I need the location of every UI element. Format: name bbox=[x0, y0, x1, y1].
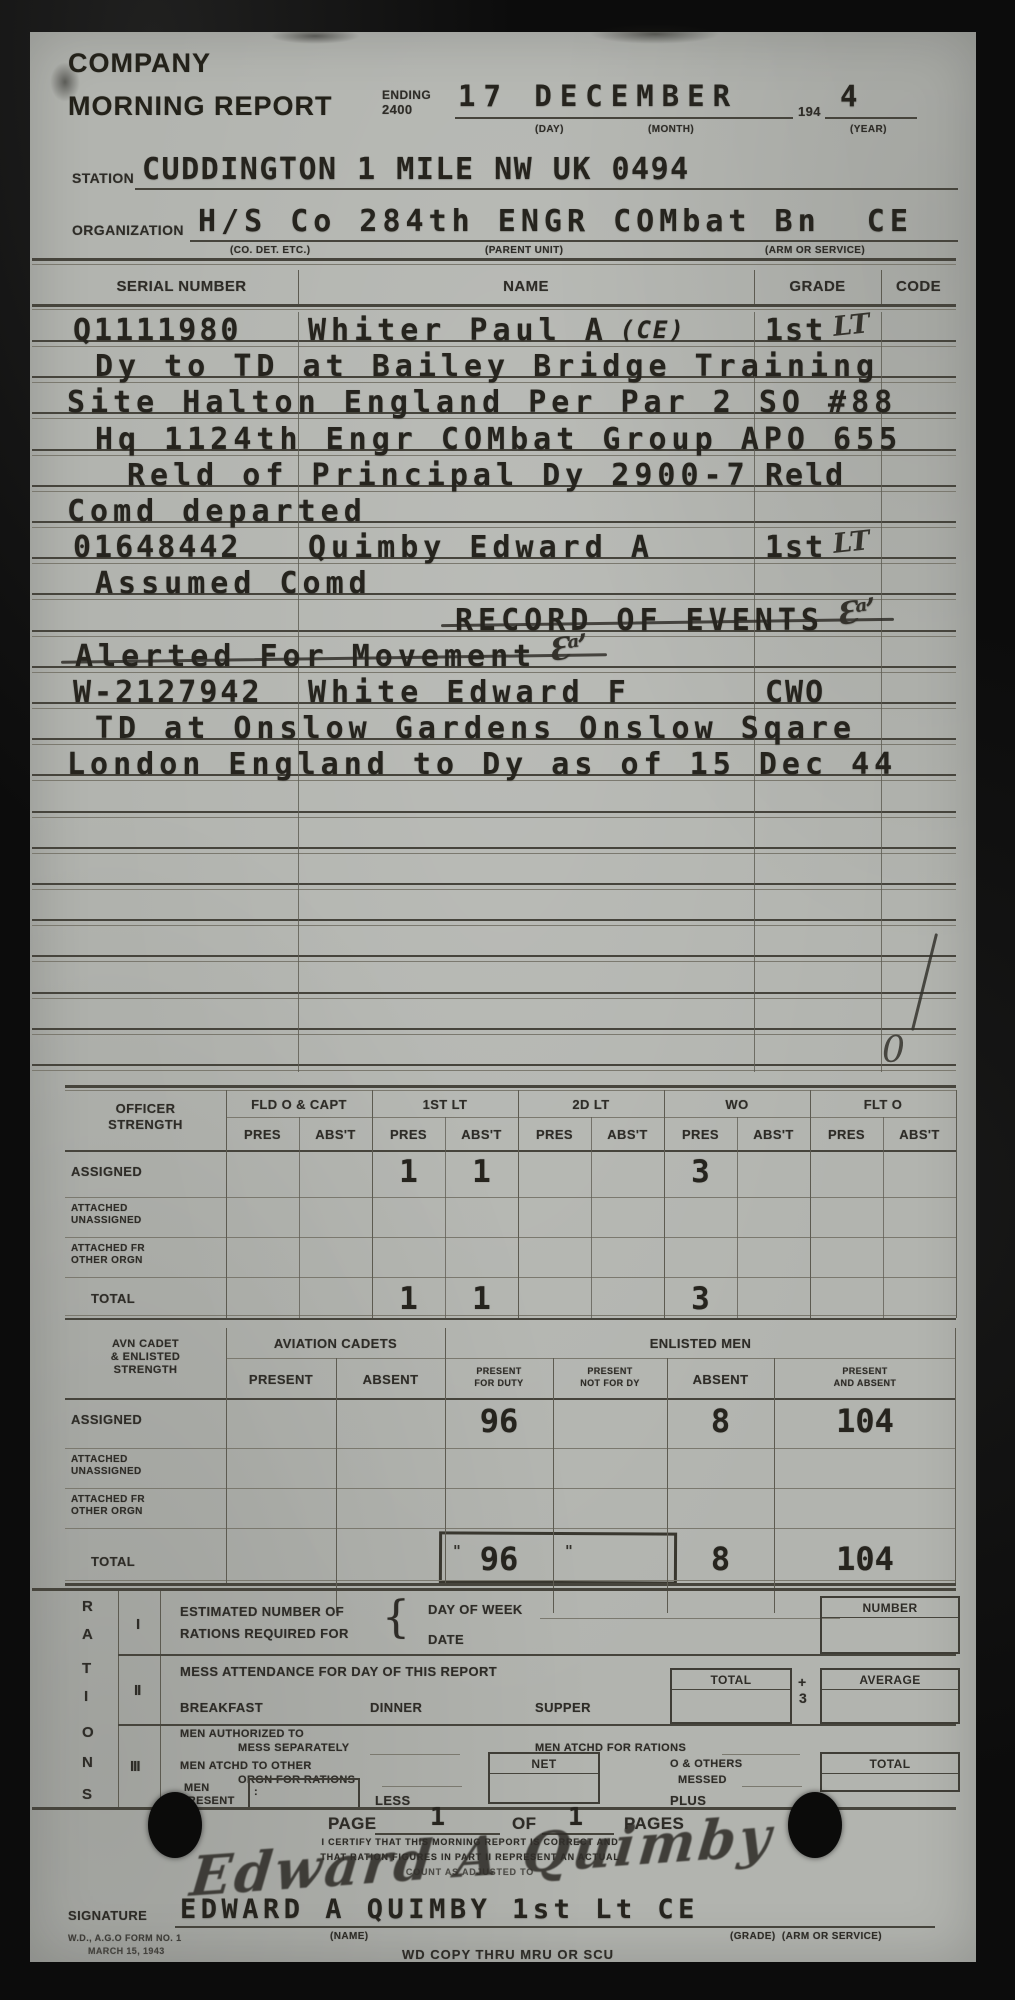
mess-total-label: TOTAL bbox=[672, 1670, 790, 1690]
roster-row bbox=[65, 964, 956, 1000]
station-underline bbox=[135, 188, 958, 190]
org-sublabel-arm: (ARM OR SERVICE) bbox=[765, 245, 865, 256]
sub-divider bbox=[883, 1117, 884, 1318]
messed-line bbox=[742, 1786, 802, 1787]
column-divider bbox=[754, 855, 755, 891]
column-divider bbox=[754, 927, 755, 963]
row-rule-thin bbox=[32, 817, 956, 818]
row-divider bbox=[65, 1237, 956, 1238]
officer-count: 1 bbox=[372, 1154, 445, 1190]
roster-row: RECORD OF EVENTSƐᵃ’ bbox=[65, 602, 956, 638]
roster-entry-text: Assumed Comd bbox=[95, 566, 372, 601]
messed-label: MESSED bbox=[678, 1774, 727, 1786]
header-bottom-rule bbox=[65, 1150, 956, 1152]
section-rule bbox=[32, 258, 956, 261]
column-divider bbox=[881, 529, 882, 565]
table-bottom-thin bbox=[65, 1315, 956, 1316]
column-divider bbox=[445, 1328, 446, 1583]
roster-grade: Reld bbox=[765, 458, 845, 493]
col-code: CODE bbox=[881, 278, 956, 295]
aviation-cadets-header: AVIATION CADETS bbox=[226, 1336, 445, 1351]
roster-name: White Edward F bbox=[308, 675, 631, 710]
rations-part2-numeral: II bbox=[134, 1682, 140, 1699]
row-rule bbox=[32, 955, 956, 957]
row-divider bbox=[65, 1197, 956, 1198]
column-divider bbox=[298, 927, 299, 963]
row-rule bbox=[32, 1064, 956, 1066]
group-divider bbox=[226, 1090, 227, 1318]
row-rule bbox=[32, 847, 956, 849]
net-box: NET bbox=[488, 1752, 600, 1804]
hand-initials: Ɛᵃ’ bbox=[546, 628, 590, 669]
row-rule-thin bbox=[32, 853, 956, 854]
strikethrough-mark bbox=[441, 618, 894, 627]
pres-abst-header: PRES bbox=[518, 1127, 591, 1142]
table-bottom-rule bbox=[65, 1318, 956, 1320]
row-rule-thin bbox=[32, 925, 956, 926]
pres-abst-header: ABS'T bbox=[883, 1127, 956, 1142]
column-divider bbox=[881, 493, 882, 529]
dinner-label: DINNER bbox=[370, 1700, 422, 1715]
roster-row bbox=[65, 819, 956, 855]
roster-row: Alerted For MovementƐᵃ’ bbox=[65, 638, 956, 674]
form-title-line1: COMPANY bbox=[68, 48, 211, 79]
header-bottom-rule bbox=[65, 1398, 956, 1400]
men-present-box: : bbox=[248, 1778, 360, 1810]
roster-grade: CWO bbox=[765, 675, 825, 710]
enlisted-strength-title: STRENGTH bbox=[65, 1364, 226, 1376]
divide-plus-sign: + bbox=[798, 1674, 807, 1690]
date-underline bbox=[455, 117, 793, 119]
year-underline bbox=[825, 117, 917, 119]
men-authorized-label: MEN AUTHORIZED TO bbox=[180, 1728, 304, 1740]
rations-letter-divider bbox=[118, 1591, 119, 1808]
roster-row: Q1111980Whiter Paul A(CE)1stLT bbox=[65, 312, 956, 348]
strength-row-label: ATTACHED FR bbox=[71, 1494, 145, 1505]
number-box: NUMBER bbox=[820, 1596, 960, 1654]
column-divider bbox=[754, 1000, 755, 1036]
sub-divider bbox=[591, 1117, 592, 1318]
stray-pen-zero: 0 bbox=[882, 1030, 905, 1071]
roster-serial: W-2127942 bbox=[73, 675, 263, 710]
enlisted-col-header: PRESENT bbox=[445, 1366, 553, 1376]
roster-entry-text: RECORD OF EVENTSƐᵃ’ bbox=[455, 603, 876, 638]
breakfast-label: BREAKFAST bbox=[180, 1700, 263, 1715]
column-divider bbox=[226, 1328, 227, 1583]
col-name: NAME bbox=[298, 278, 754, 295]
men-atchd-rations-line bbox=[722, 1754, 800, 1755]
column-divider bbox=[881, 964, 882, 1000]
roster-row bbox=[65, 855, 956, 891]
column-divider bbox=[881, 638, 882, 674]
officer-strength-title: STRENGTH bbox=[65, 1117, 226, 1132]
column-divider bbox=[298, 855, 299, 891]
column-divider bbox=[298, 602, 299, 638]
officer-group-header: 1ST LT bbox=[372, 1097, 518, 1112]
row-rule bbox=[32, 811, 956, 813]
rations-part-divider bbox=[118, 1724, 956, 1726]
rations-part3-numeral: III bbox=[130, 1758, 140, 1775]
ditto-mark: " bbox=[565, 1542, 573, 1560]
roster-name: Quimby Edward A bbox=[308, 530, 654, 565]
enlisted-col-header: ABSENT bbox=[336, 1372, 445, 1387]
enlisted-col-header: ABSENT bbox=[667, 1372, 774, 1387]
day-of-week-line bbox=[540, 1618, 840, 1619]
mess-separately-label: MESS SEPARATELY bbox=[238, 1742, 350, 1754]
pres-abst-header: ABS'T bbox=[591, 1127, 664, 1142]
strength-row-label: ASSIGNED bbox=[71, 1164, 142, 1179]
enlisted-strength-table: AVN CADET& ENLISTEDSTRENGTHAVIATION CADE… bbox=[65, 1328, 956, 1585]
roster-row: TD at Onslow Gardens Onslow Sqare bbox=[65, 710, 956, 746]
roster-row: London England to Dy as of 15 Dec 44 bbox=[65, 746, 956, 782]
strength-row-label: ATTACHED FR bbox=[71, 1243, 145, 1254]
enlisted-men-header: ENLISTED MEN bbox=[445, 1336, 956, 1351]
roster-entry-text: Dy to TD at Bailey Bridge Training bbox=[95, 349, 879, 384]
column-divider bbox=[754, 529, 755, 565]
rations-letter: T bbox=[82, 1660, 92, 1677]
row-rule bbox=[32, 992, 956, 994]
signature-typed-name: EDWARD A QUIMBY 1st Lt CE bbox=[180, 1894, 699, 1925]
officer-group-header: WO bbox=[664, 1097, 810, 1112]
roster-header: SERIAL NUMBER NAME GRADE CODE bbox=[65, 270, 956, 304]
roster-body: Q1111980Whiter Paul A(CE)1stLTDy to TD a… bbox=[65, 312, 956, 1074]
roster-row bbox=[65, 1000, 956, 1036]
row-rule-thin bbox=[32, 1070, 956, 1071]
column-divider bbox=[754, 819, 755, 855]
roster-row: Dy to TD at Bailey Bridge Training bbox=[65, 348, 956, 384]
strength-row-label: TOTAL bbox=[91, 1291, 135, 1306]
roster-grade-hand: LT bbox=[831, 525, 871, 560]
rations-numeral-divider bbox=[160, 1591, 161, 1808]
row-rule-thin bbox=[32, 889, 956, 890]
enlisted-count: 104 bbox=[774, 1402, 956, 1440]
column-divider bbox=[298, 891, 299, 927]
year-prefix: 194 bbox=[798, 104, 821, 119]
enlisted-count: 96 bbox=[445, 1402, 553, 1440]
officer-count: 3 bbox=[664, 1154, 737, 1190]
roster-serial: 01648442 bbox=[73, 530, 242, 565]
pres-abst-header: ABS'T bbox=[737, 1127, 810, 1142]
month-sublabel: (MONTH) bbox=[648, 124, 694, 135]
row-rule bbox=[32, 883, 956, 885]
organization-value: H/S Co 284th ENGR COMbat Bn CE bbox=[198, 204, 913, 239]
rations-letter: N bbox=[82, 1754, 93, 1771]
roster-row: Reld of Principal Dy 2900-7Reld bbox=[65, 457, 956, 493]
column-divider bbox=[881, 565, 882, 601]
column-divider bbox=[881, 927, 882, 963]
column-divider bbox=[298, 819, 299, 855]
column-divider bbox=[754, 638, 755, 674]
hand-drawn-box bbox=[439, 1531, 677, 1584]
roster-entry-text: Comd departed bbox=[67, 494, 367, 529]
pres-abst-header: PRES bbox=[226, 1127, 299, 1142]
ending-time: 2400 bbox=[382, 102, 413, 117]
enlisted-count: 8 bbox=[667, 1402, 774, 1440]
organization-underline bbox=[190, 240, 958, 242]
enlisted-col-header: FOR DUTY bbox=[445, 1378, 553, 1388]
morning-report-form: COMPANY MORNING REPORT ENDING 2400 17 DE… bbox=[30, 32, 976, 1962]
roster-row: W-2127942White Edward FCWO bbox=[65, 674, 956, 710]
sub-divider bbox=[445, 1117, 446, 1318]
roster-entry-text: TD at Onslow Gardens Onslow Sqare bbox=[95, 711, 856, 746]
average-box-label: AVERAGE bbox=[822, 1670, 958, 1690]
form-id: W.D., A.G.O FORM NO. 1 bbox=[68, 1933, 181, 1943]
roster-row: Site Halton England Per Par 2 SO #88 bbox=[65, 384, 956, 420]
row-divider bbox=[65, 1448, 956, 1449]
enlisted-col-header: AND ABSENT bbox=[774, 1378, 956, 1388]
group-divider bbox=[518, 1090, 519, 1318]
column-divider bbox=[955, 1328, 956, 1583]
ditto-mark: " bbox=[453, 1542, 461, 1560]
roster-entry-text: London England to Dy as of 15 Dec 44 bbox=[67, 747, 897, 782]
colon-mark: : bbox=[254, 1786, 258, 1798]
pres-abst-header: PRES bbox=[810, 1127, 883, 1142]
pres-abst-header: PRES bbox=[372, 1127, 445, 1142]
roster-entry-text: Alerted For MovementƐᵃ’ bbox=[75, 639, 589, 674]
hand-initials: Ɛᵃ’ bbox=[834, 592, 878, 633]
row-rule-thin bbox=[32, 1034, 956, 1035]
row-rule-thin bbox=[32, 998, 956, 999]
group-divider bbox=[664, 1090, 665, 1318]
column-divider bbox=[754, 674, 755, 710]
column-divider bbox=[298, 674, 299, 710]
column-divider bbox=[774, 1358, 775, 1613]
officer-count: 1 bbox=[445, 1154, 518, 1190]
column-divider bbox=[754, 964, 755, 1000]
roster-row: Comd departed bbox=[65, 493, 956, 529]
enlisted-count: 104 bbox=[774, 1540, 956, 1578]
officer-count: 1 bbox=[372, 1281, 445, 1317]
officer-strength-table: OFFICERSTRENGTHFLD O & CAPT1ST LT2D LTWO… bbox=[65, 1085, 956, 1320]
day-sublabel: (DAY) bbox=[535, 124, 564, 135]
strength-row-label: ATTACHED bbox=[71, 1454, 128, 1465]
roster-row bbox=[65, 1036, 956, 1072]
brace-glyph: { bbox=[382, 1592, 410, 1643]
row-divider bbox=[65, 1528, 956, 1529]
enlisted-col-header: NOT FOR DY bbox=[553, 1378, 667, 1388]
roster-grade-hand: LT bbox=[831, 308, 871, 343]
strength-row-label: ATTACHED bbox=[71, 1203, 128, 1214]
scan-smudge bbox=[590, 24, 720, 44]
report-date-value: 17 DECEMBER bbox=[458, 79, 738, 113]
column-divider bbox=[298, 529, 299, 565]
enlisted-col-header: PRESENT bbox=[774, 1366, 956, 1376]
rations-total-box: TOTAL bbox=[820, 1752, 960, 1792]
column-divider bbox=[754, 312, 755, 348]
column-divider bbox=[754, 493, 755, 529]
mess-total-box: TOTAL bbox=[670, 1668, 792, 1724]
column-divider bbox=[881, 270, 882, 304]
supper-label: SUPPER bbox=[535, 1700, 591, 1715]
column-divider bbox=[553, 1358, 554, 1613]
officer-count: 1 bbox=[445, 1281, 518, 1317]
column-divider bbox=[881, 710, 882, 746]
punch-hole-right bbox=[788, 1792, 842, 1858]
divide-by-three: 3 bbox=[799, 1690, 807, 1706]
rations-letter: A bbox=[82, 1626, 93, 1643]
handwritten-signature: Edward A Quimby bbox=[187, 1803, 777, 1908]
row-divider bbox=[65, 1277, 956, 1278]
rations-part1-numeral: I bbox=[136, 1616, 141, 1633]
station-value: CUDDINGTON 1 MILE NW UK 0494 bbox=[142, 152, 690, 187]
rations-letter: R bbox=[82, 1598, 93, 1615]
rations-letter: S bbox=[82, 1786, 92, 1803]
group-divider bbox=[956, 1090, 957, 1318]
enlisted-col-header: PRESENT bbox=[553, 1366, 667, 1376]
less-label: LESS bbox=[375, 1793, 411, 1808]
roster-name-note: (CE) bbox=[620, 316, 686, 344]
rations-estimated-label1: ESTIMATED NUMBER OF bbox=[180, 1604, 344, 1619]
mess-attendance-label: MESS ATTENDANCE FOR DAY OF THIS REPORT bbox=[180, 1664, 497, 1679]
table-bottom-rule bbox=[65, 1583, 956, 1586]
column-divider bbox=[298, 1000, 299, 1036]
column-divider bbox=[754, 270, 755, 304]
average-box: AVERAGE bbox=[820, 1668, 960, 1724]
column-divider bbox=[336, 1358, 337, 1613]
officer-group-header: 2D LT bbox=[518, 1097, 664, 1112]
column-divider bbox=[298, 783, 299, 819]
column-divider bbox=[881, 819, 882, 855]
roster-grade: 1st bbox=[765, 313, 825, 348]
pres-abst-header: ABS'T bbox=[445, 1127, 518, 1142]
row-rule-thin bbox=[32, 961, 956, 962]
ending-label: ENDING bbox=[382, 88, 431, 102]
rations-total-label: TOTAL bbox=[822, 1754, 958, 1774]
roster-row bbox=[65, 927, 956, 963]
roster-row: Assumed Comd bbox=[65, 565, 956, 601]
enlisted-count: 8 bbox=[667, 1540, 774, 1578]
row-rule bbox=[32, 919, 956, 921]
roster-grade: 1st bbox=[765, 530, 825, 565]
column-divider bbox=[881, 348, 882, 384]
number-box-label: NUMBER bbox=[822, 1598, 958, 1618]
strength-row-label: UNASSIGNED bbox=[71, 1215, 142, 1226]
org-sublabel-co: (CO. DET. ETC.) bbox=[230, 245, 310, 256]
row-divider bbox=[65, 1488, 956, 1489]
table-top-rule bbox=[65, 1085, 956, 1088]
enlisted-col-header: PRESENT bbox=[226, 1372, 336, 1387]
column-divider bbox=[754, 783, 755, 819]
plus-label: PLUS bbox=[670, 1793, 706, 1808]
men-label: MEN bbox=[184, 1782, 210, 1794]
roster-row bbox=[65, 891, 956, 927]
scan-background: COMPANY MORNING REPORT ENDING 2400 17 DE… bbox=[0, 0, 1015, 2000]
roster-row bbox=[65, 783, 956, 819]
table-top-rule-thin bbox=[65, 1090, 956, 1091]
day-of-week-label: DAY OF WEEK bbox=[428, 1602, 523, 1617]
year-value: 4 bbox=[840, 79, 861, 113]
roster-serial: Q1111980 bbox=[73, 313, 242, 348]
name-sublabel: (NAME) bbox=[330, 1931, 369, 1942]
column-divider bbox=[298, 1036, 299, 1072]
roster-entry-text: Reld of Principal Dy 2900-7 bbox=[127, 458, 750, 493]
net-box-label: NET bbox=[490, 1754, 598, 1774]
enlisted-strength-title: & ENLISTED bbox=[65, 1351, 226, 1363]
rations-part-divider bbox=[118, 1654, 956, 1656]
strength-row-label: OTHER ORGN bbox=[71, 1506, 143, 1517]
group-divider bbox=[810, 1090, 811, 1318]
officer-group-header: FLD O & CAPT bbox=[226, 1097, 372, 1112]
sub-divider bbox=[299, 1117, 300, 1318]
men-atchd-other-label: MEN ATCHD TO OTHER bbox=[180, 1760, 312, 1772]
year-sublabel: (YEAR) bbox=[850, 124, 887, 135]
org-sublabel-parent: (PARENT UNIT) bbox=[485, 245, 563, 256]
column-divider bbox=[298, 964, 299, 1000]
strength-row-label: OTHER ORGN bbox=[71, 1255, 143, 1266]
orgn-for-rations-line bbox=[382, 1786, 462, 1787]
officer-strength-title: OFFICER bbox=[65, 1101, 226, 1116]
col-grade: GRADE bbox=[754, 278, 881, 295]
rations-top-rule bbox=[32, 1588, 956, 1591]
roster-entry-text: Site Halton England Per Par 2 SO #88 bbox=[67, 385, 897, 420]
strikethrough-mark bbox=[61, 653, 607, 664]
strength-row-label: TOTAL bbox=[91, 1554, 135, 1569]
column-divider bbox=[298, 270, 299, 304]
o-and-others-label: O & OTHERS bbox=[670, 1758, 742, 1770]
mess-separately-line bbox=[370, 1754, 460, 1755]
pres-abst-header: ABS'T bbox=[299, 1127, 372, 1142]
form-date: MARCH 15, 1943 bbox=[88, 1946, 165, 1956]
roster-row: Hq 1124th Engr COMbat Group APO 655 bbox=[65, 421, 956, 457]
column-divider bbox=[881, 783, 882, 819]
row-rule bbox=[32, 1028, 956, 1030]
sub-divider bbox=[737, 1117, 738, 1318]
column-divider bbox=[881, 457, 882, 493]
roster-header-rule bbox=[32, 304, 956, 307]
date-label: DATE bbox=[428, 1632, 464, 1647]
column-divider bbox=[754, 565, 755, 601]
rations-letter: I bbox=[84, 1688, 89, 1705]
column-divider bbox=[881, 674, 882, 710]
signature-label: SIGNATURE bbox=[68, 1908, 147, 1923]
scan-smudge bbox=[270, 28, 360, 44]
roster-name: Whiter Paul A bbox=[308, 313, 608, 348]
signature-underline bbox=[175, 1926, 935, 1928]
organization-label: ORGANIZATION bbox=[72, 222, 184, 238]
group-divider bbox=[372, 1090, 373, 1318]
rations-letter: O bbox=[82, 1724, 94, 1741]
copy-note: WD COPY THRU MRU OR SCU bbox=[402, 1947, 614, 1962]
roster-header-rule-thin bbox=[32, 309, 956, 310]
column-divider bbox=[754, 1036, 755, 1072]
column-divider bbox=[881, 891, 882, 927]
col-serial-number: SERIAL NUMBER bbox=[65, 278, 298, 295]
section-rule-thin bbox=[32, 264, 956, 265]
officer-group-header: FLT O bbox=[810, 1097, 956, 1112]
column-divider bbox=[298, 312, 299, 348]
officer-count: 3 bbox=[664, 1281, 737, 1317]
strength-row-label: ASSIGNED bbox=[71, 1412, 142, 1427]
column-divider bbox=[667, 1358, 668, 1613]
grade-sublabel: (GRADE) (ARM OR SERVICE) bbox=[730, 1931, 882, 1942]
strength-row-label: UNASSIGNED bbox=[71, 1466, 142, 1477]
column-divider bbox=[881, 855, 882, 891]
pres-abst-header: PRES bbox=[664, 1127, 737, 1142]
column-divider bbox=[754, 457, 755, 493]
station-label: STATION bbox=[72, 170, 134, 186]
enlisted-strength-title: AVN CADET bbox=[65, 1338, 226, 1350]
rations-estimated-label2: RATIONS REQUIRED FOR bbox=[180, 1626, 349, 1641]
table-bottom-thin bbox=[65, 1580, 956, 1581]
column-divider bbox=[881, 312, 882, 348]
roster-row: 01648442Quimby Edward A1stLT bbox=[65, 529, 956, 565]
roster-entry-text: Hq 1124th Engr COMbat Group APO 655 bbox=[95, 422, 902, 457]
column-divider bbox=[754, 891, 755, 927]
form-title-line2: MORNING REPORT bbox=[68, 91, 333, 122]
